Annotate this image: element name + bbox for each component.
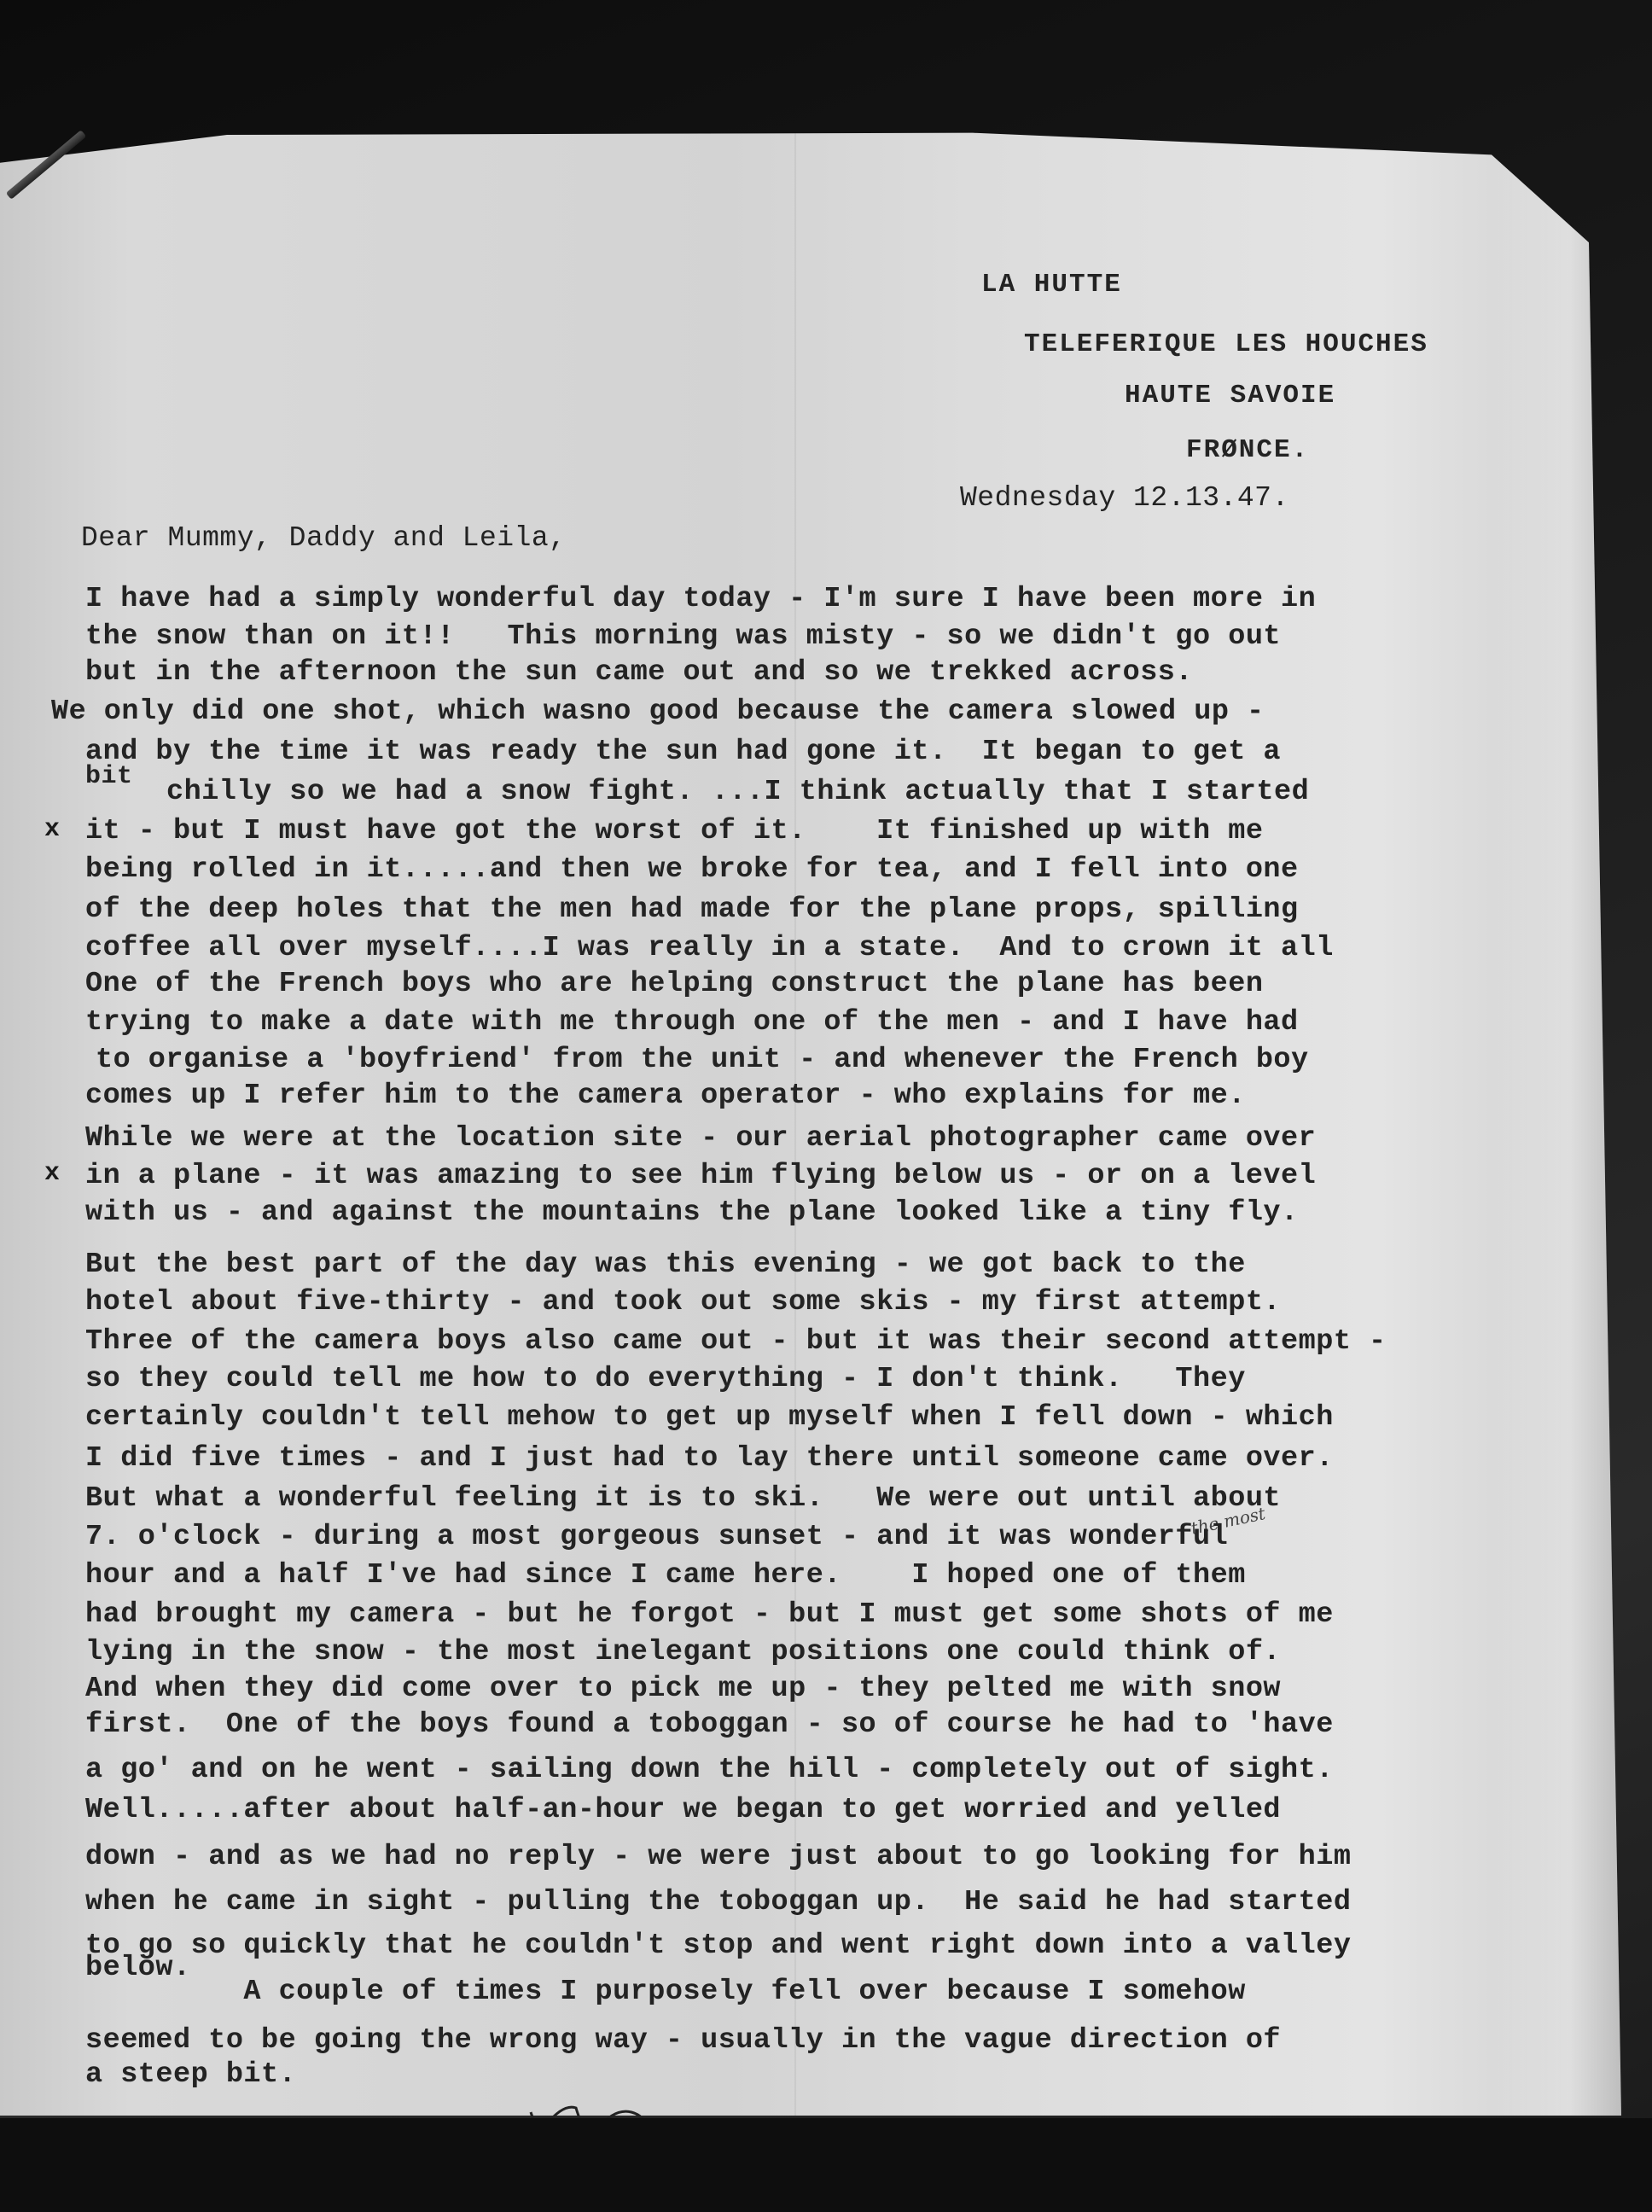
body-line: A couple of times I purposely fell over … bbox=[85, 1978, 1246, 2007]
body-line: being rolled in it.....and then we broke… bbox=[85, 856, 1299, 885]
body-line: trying to make a date with me through on… bbox=[85, 1009, 1299, 1038]
body-line: We only did one shot, which wasno good b… bbox=[51, 698, 1265, 727]
margin-x-mark: x bbox=[44, 815, 60, 844]
body-line: hotel about five-thirty - and took out s… bbox=[85, 1289, 1281, 1318]
address-line-4: FRØNCE. bbox=[1186, 437, 1309, 463]
body-line: comes up I refer him to the camera opera… bbox=[85, 1082, 1246, 1111]
letter-date: Wednesday 12.13.47. bbox=[960, 484, 1289, 512]
body-line: first. One of the boys found a toboggan … bbox=[85, 1711, 1334, 1740]
body-line: But the best part of the day was this ev… bbox=[85, 1251, 1246, 1280]
body-line: a go' and on he went - sailing down the … bbox=[85, 1756, 1334, 1785]
body-line: to go so quickly that he couldn't stop a… bbox=[85, 1932, 1351, 1961]
address-line-3: HAUTE SAVOIE bbox=[1125, 382, 1335, 409]
body-line: I did five times - and I just had to lay… bbox=[85, 1445, 1334, 1474]
body-line: it - but I must have got the worst of it… bbox=[85, 818, 1263, 847]
body-line: hour and a half I've had since I came he… bbox=[85, 1562, 1246, 1591]
body-line: One of the French boys who are helping c… bbox=[85, 970, 1263, 999]
body-line: and by the time it was ready the sun had… bbox=[85, 738, 1281, 767]
body-line: certainly couldn't tell mehow to get up … bbox=[85, 1404, 1334, 1433]
body-line: the snow than on it!! This morning was m… bbox=[85, 623, 1281, 652]
body-line: had brought my camera - but he forgot - … bbox=[85, 1601, 1334, 1630]
margin-x-mark: x bbox=[44, 1159, 60, 1188]
body-line: While we were at the location site - our… bbox=[85, 1125, 1316, 1154]
address-line-2: TELEFERIQUE LES HOUCHES bbox=[1024, 331, 1428, 358]
body-line: Well.....after about half-an-hour we beg… bbox=[85, 1796, 1281, 1825]
salutation: Dear Mummy, Daddy and Leila, bbox=[81, 524, 567, 552]
body-line: but in the afternoon the sun came out an… bbox=[85, 659, 1193, 688]
body-line: But what a wonderful feeling it is to sk… bbox=[85, 1485, 1281, 1514]
address-line-1: LA HUTTE bbox=[981, 271, 1122, 298]
body-line: down - and as we had no reply - we were … bbox=[85, 1843, 1351, 1872]
body-line: I have had a simply wonderful day today … bbox=[85, 585, 1316, 614]
table-edge bbox=[0, 2118, 1652, 2212]
body-line: chilly so we had a snow fight. ...I thin… bbox=[166, 778, 1309, 807]
body-line: And when they did come over to pick me u… bbox=[85, 1675, 1281, 1704]
body-line: lying in the snow - the most inelegant p… bbox=[85, 1639, 1281, 1668]
body-line: in a plane - it was amazing to see him f… bbox=[85, 1162, 1316, 1191]
body-line: 7. o'clock - during a most gorgeous suns… bbox=[85, 1523, 1228, 1552]
body-line: when he came in sight - pulling the tobo… bbox=[85, 1889, 1351, 1918]
body-line: Three of the camera boys also came out -… bbox=[85, 1328, 1387, 1357]
body-line: seemed to be going the wrong way - usual… bbox=[85, 2027, 1281, 2056]
body-line: coffee all over myself....I was really i… bbox=[85, 934, 1334, 963]
body-line: to organise a 'boyfriend' from the unit … bbox=[96, 1046, 1309, 1075]
body-line: of the deep holes that the men had made … bbox=[85, 896, 1299, 925]
body-line: with us - and against the mountains the … bbox=[85, 1199, 1299, 1228]
body-line: so they could tell me how to do everythi… bbox=[85, 1365, 1246, 1394]
body-line: a steep bit. bbox=[85, 2061, 296, 2090]
insertion-bit: bit bbox=[85, 764, 133, 789]
